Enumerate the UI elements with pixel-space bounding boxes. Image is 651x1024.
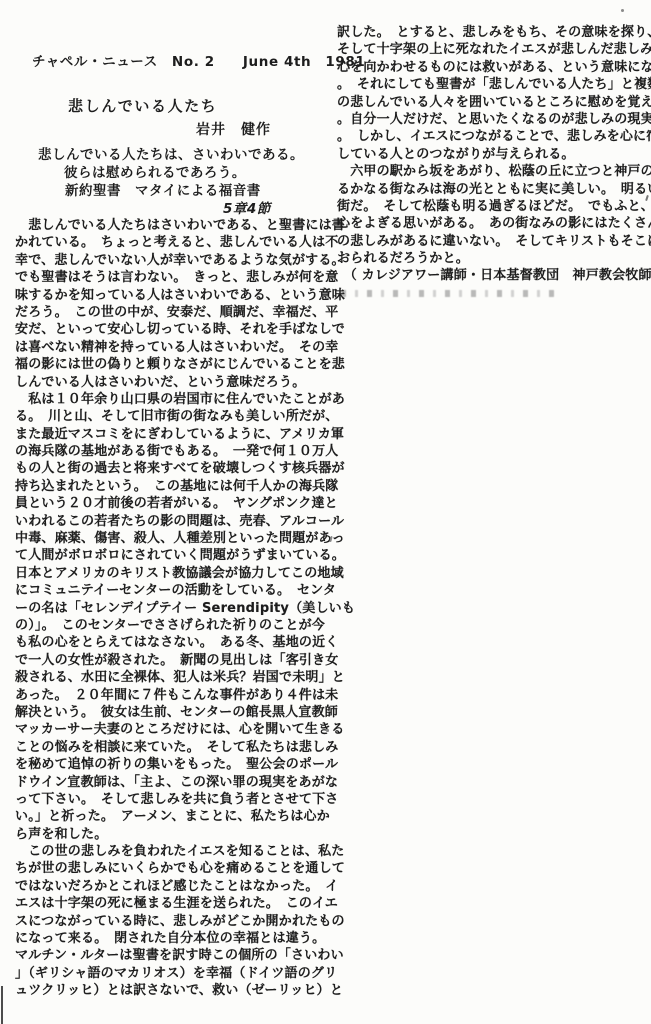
text-line: ら声を和した。 [15,826,339,843]
text-line: 殺される、水田に全裸体、犯人は米兵？岩国で未明」と [15,669,339,686]
article-title: 悲しんでいる人たち [68,95,217,116]
text-line: 私は１０年余り山口県の岩国市に住んでいたことがあ [15,391,339,408]
text-line: 持ち込まれたという。 この基地には何千人かの海兵隊 [15,478,339,495]
text-line: の海兵隊の基地がある街でもある。 一発で何１０万人 [15,443,339,460]
text-line: スにつながっている時に、悲しみがどこか開かれたもの [15,913,339,930]
text-line: るかなる街なみは海の光とともに実に美しい。 明るい [337,181,651,198]
text-line: も私の心をとらえてはなさない。 ある冬、基地の近く [15,634,339,651]
scan-speck [326,729,329,732]
text-line: でも聖書はそうは言わない。 きっと、悲しみが何を意 [15,269,339,286]
text-line: い。」と祈った。 アーメン、まことに、私たちは心か [15,808,339,825]
faint-illegible-line [341,290,555,297]
body-left-column: 悲しんでいる人たちはさいわいである、と聖書には書かれている。 ちょっと考えると、… [15,217,339,1000]
text-line: の）」。 このセンターでささげられた祈りのことが今 [15,617,339,634]
text-line: 員という２０才前後の若者がいる。 ヤングポンク達と [15,495,339,512]
text-line: ドウイン宣教師は、「主よ、この深い罪の現実をあがな [15,774,339,791]
text-line: 。 それにしても聖書が「悲しんでいる人たち」と複数 [337,76,651,93]
text-line: 日本とアメリカのキリスト教協議会が協力してこの地域 [15,565,339,582]
text-line: この世の悲しみを負われたイエスを知ることは、私た [15,843,339,860]
epigraph-line-2: 彼らは慰められるであろう。 [64,161,246,181]
text-line: 訳した。 とすると、悲しみをもち、その意味を探り、 [337,24,651,41]
text-line: 心をよぎる思いがある。 あの街なみの影にはたくさん [337,215,651,232]
text-line: 。自分一人だけだ、と思いたくなるのが悲しみの現実だ [337,111,651,128]
text-line: る。 川と山、そして旧市街の街なみも美しい所だが、 [15,408,339,425]
text-line: 。 しかし、イエスにつながることで、悲しみを心に宿 [337,128,651,145]
text-line: は喜べない精神を持っている人はさいわいだ。 その幸 [15,339,339,356]
text-line: を秘めて追悼の祈りの集いをもった。 聖公会のポール [15,756,339,773]
text-line: おられるだろうかと。 [337,250,651,267]
text-line: 福の影には世の偽りと頼りなさがにじんでいることを悲 [15,356,339,373]
text-line: になって来る。 閉された自分本位の幸福とは違う。 [15,930,339,947]
text-line: で一人の女性が殺された。 新聞の見出しは「客引き女 [15,652,339,669]
scan-speck [621,9,624,12]
text-line: そして十字架の上に死なれたイエスが悲しんだ悲しみに [337,41,651,58]
text-line: エスは十字架の死に極まる生涯を送られた。 このイエ [15,895,339,912]
text-line: 」（ギリシャ語のマカリオス）を幸福（ドイツ語のグリ [15,965,339,982]
text-line: している人とのつながりが与えられる。 [337,146,651,163]
text-line: だろう。 この世の中が、安泰だ、順調だ、幸福だ、平 [15,304,339,321]
text-line: って下さい。 そして悲しみを共に負う者とさせて下さ [15,791,339,808]
text-line: の悲しみがあるに違いない。 そしてキリストもそこに [337,233,651,250]
text-line: ーの名は「セレンデイプテイー Serendipity（美しいも [15,600,339,617]
text-line: 安だ、といって安心し切っている時、それを手ばなしで [15,321,339,338]
text-line: ュツクリッヒ）とは訳さないで、救い（ゼーリッヒ）と [15,982,339,999]
text-line: ちが世の悲しみにいくらかでも心を痛めることを通して [15,860,339,877]
newsletter-page: チャペル・ニュース No. 2 June 4th 1981 悲しんでいる人たち … [0,0,651,1024]
text-line: 幸で、悲しんでいない人が幸いであるような気がする。 [15,252,339,269]
epigraph-verse-reference: 5章4節 [223,197,271,217]
text-line: ではないだろかとこれほど感じたことはなかった。 イ [15,878,339,895]
text-line: 解決という。 彼女は生前、センターの館長黒人宣教師 [15,704,339,721]
text-line: 悲しんでいる人たちはさいわいである、と聖書には書 [15,217,339,234]
text-line: いわれるこの若者たちの影の問題は、売春、アルコール [15,513,339,530]
text-line: 六甲の駅から坂をあがり、松蔭の丘に立つと神戸のは [337,163,651,180]
text-line: マッカーサー夫妻のところだけには、心を開いて生きる [15,721,339,738]
text-line: かれている。 ちょっと考えると、悲しんでいる人は不 [15,234,339,251]
body-right-column: 訳した。 とすると、悲しみをもち、その意味を探り、そして十字架の上に死なれたイエ… [337,24,651,285]
text-line: マルチン・ルターは聖書を訳す時この個所の「さいわい [15,947,339,964]
text-line: しんでいる人はさいわいだ、という意味だろう。 [15,374,339,391]
text-line: にコミュニテイーセンターの活動をしている。 センタ [15,582,339,599]
text-line: もの人と街の過去と将来すべてを破壊しつくす核兵器が [15,460,339,477]
text-line: 味するかを知っている人はさいわいである、という意味 [15,287,339,304]
scan-edge-artifact [1,986,3,1024]
text-line: ことの悩みを相談に来ていた。 そして私たちは悲しみ [15,739,339,756]
text-line: 街だ。 そして松蔭も明る過ぎるほどだ。 でもふと、 [337,198,651,215]
text-line: また最近マスコミをにぎわしているように、アメリカ軍 [15,426,339,443]
text-line: の悲しんでいる人々を囲いているところに慰めを覚える [337,94,651,111]
epigraph-source: 新約聖書 マタイによる福音書 [65,179,261,199]
newsletter-header: チャペル・ニュース No. 2 June 4th 1981 [32,50,365,70]
text-line: あった。 ２０年間に７件もこんな事件があり４件は未 [15,687,339,704]
article-author: 岩井 健作 [196,119,271,139]
text-line: 心を向かわせるものには救いがある、という意味になる [337,59,651,76]
text-line: （ カレジアワー講師・日本基督教団 神戸教会牧師 ） [337,267,651,284]
text-line: 中毒、麻薬、傷害、殺人、人種差別といった問題があっ [15,530,339,547]
text-line: て人間がボロボロにされていく問題がうずまいている。 [15,547,339,564]
epigraph-line-1: 悲しんでいる人たちは、さいわいである。 [38,143,304,163]
